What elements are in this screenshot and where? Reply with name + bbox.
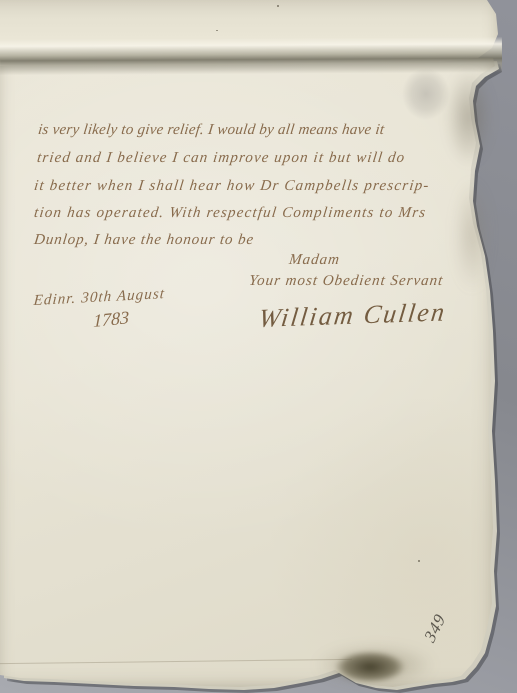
letter-line: Dunlop, I have the honour to be — [33, 231, 255, 249]
letter-line: is very likely to give relief. I would b… — [37, 121, 385, 139]
folio-number: 349 — [421, 610, 451, 646]
letter-line: tion has operated. With respectful Compl… — [33, 204, 427, 222]
letter-line: tried and I believe I can improve upon i… — [36, 149, 406, 167]
letter-text: is very likely to give relief. I would b… — [0, 0, 517, 693]
salutation: Madam — [288, 251, 341, 269]
dateline-place: Edinr. 30th August — [33, 285, 166, 310]
dateline-year: 1783 — [93, 307, 129, 333]
manuscript-photo: is very likely to give relief. I would b… — [0, 0, 517, 693]
signature: William Cullen — [257, 296, 448, 334]
letter-line: it better when I shall hear how Dr Campb… — [33, 177, 431, 195]
closing-line: Your most Obedient Servant — [248, 272, 444, 290]
